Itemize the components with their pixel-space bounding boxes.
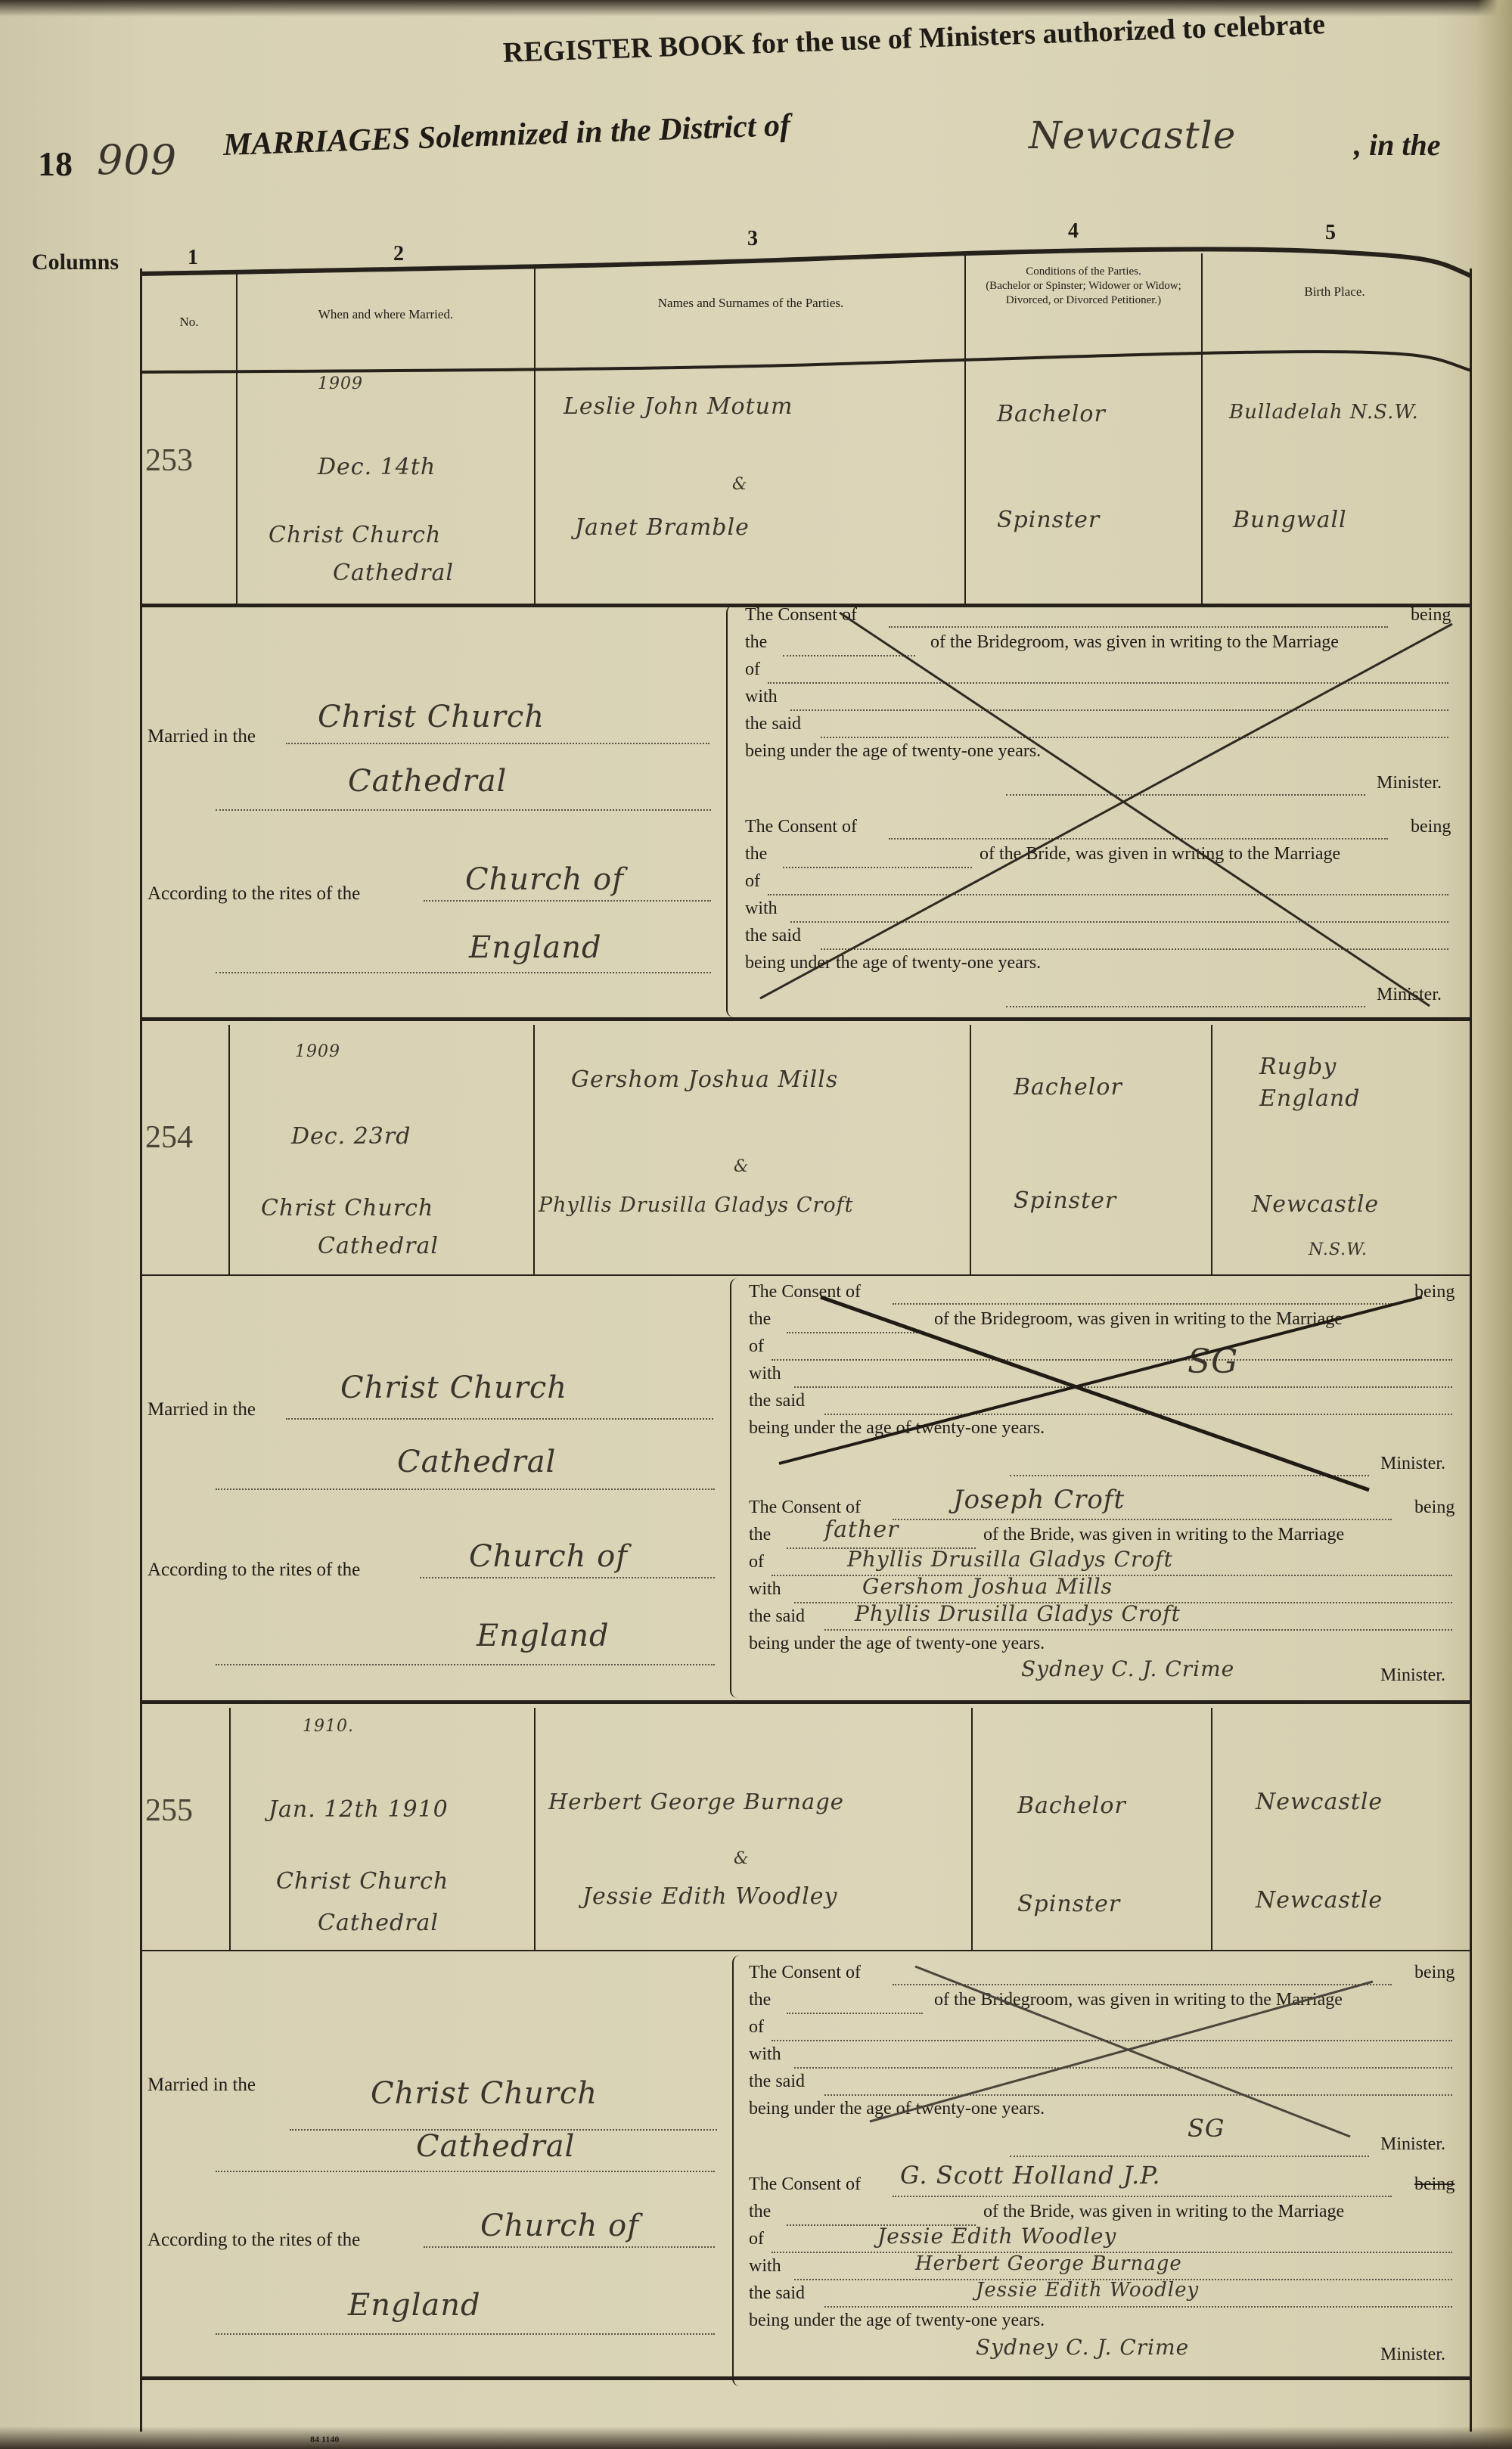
the-said-label: the said: [749, 1606, 805, 1627]
being-label: being: [1411, 817, 1451, 837]
under-age-label: being under the age of twenty-one years.: [749, 2099, 1045, 2119]
the-said-label: the said: [745, 926, 801, 946]
rites-value-line2: England: [477, 1619, 610, 1653]
entry-place-line2: Cathedral: [318, 1910, 439, 1936]
married-in-value-line1: Christ Church: [340, 1370, 567, 1405]
of-line: [772, 2040, 1452, 2041]
rites-line: [424, 2246, 715, 2248]
with-label: with: [749, 1579, 781, 1600]
entry-place-line1: Christ Church: [261, 1195, 433, 1221]
of-label: of: [745, 660, 760, 680]
rites-line2: [216, 1664, 715, 1665]
entry-divider: [140, 1274, 1470, 1276]
with-line: [790, 709, 1448, 711]
of-line: [768, 682, 1448, 684]
consent-of-line: [889, 626, 1388, 628]
entry-date: Jan. 12th 1910: [269, 1796, 449, 1823]
consent-brace: [732, 1955, 743, 2386]
married-in-value-line2: Cathedral: [348, 764, 507, 799]
rites-value-line1: Church of: [469, 1539, 628, 1574]
of-bridegroom-label: of the Bridegroom, was given in writing …: [934, 1990, 1343, 2010]
married-in-label: Married in the: [147, 726, 256, 747]
the-said-label: the said: [749, 2072, 805, 2092]
groom-condition: Bachelor: [1014, 1074, 1122, 1100]
entry-year: 1910.: [303, 1717, 354, 1736]
consent-of-line: [893, 1303, 1392, 1305]
column-number-4: 4: [1068, 219, 1079, 244]
under-age-label: being under the age of twenty-one years.: [745, 741, 1041, 762]
minister-line: [1006, 1006, 1365, 1007]
rites-label: According to the rites of the: [147, 2230, 360, 2251]
header-conditions-title: Conditions of the Parties.: [968, 265, 1199, 279]
with-line: [790, 921, 1448, 923]
of-value: Jessie Edith Woodley: [877, 2224, 1116, 2249]
consent-block: The Consent of being the of the Bridegro…: [745, 605, 1464, 1017]
of-label: of: [749, 1552, 764, 1572]
under-age-label: being under the age of twenty-one years.: [749, 1634, 1045, 1654]
the-label: the: [745, 844, 767, 864]
the-said-label: the said: [749, 1391, 805, 1411]
under-age-label: being under the age of twenty-one years.: [749, 1418, 1045, 1439]
col-divider-4: [1211, 1025, 1212, 1274]
with-label: with: [745, 899, 778, 919]
entry-number: 255: [145, 1793, 193, 1829]
consent-of-label: The Consent of: [749, 1963, 861, 1983]
groom-condition: Bachelor: [997, 401, 1106, 427]
minister-signature: Sydney C. J. Crime: [976, 2335, 1189, 2360]
of-label: of: [745, 871, 760, 892]
header-conditions-sub: (Bachelor or Spinster; Widower or Widow;…: [968, 279, 1199, 308]
col-divider-2: [534, 268, 536, 605]
being-label: being: [1414, 1282, 1455, 1302]
the-said-label: the said: [749, 2283, 805, 2304]
the-said-line: [821, 737, 1448, 738]
district-name: Newcastle: [1029, 113, 1236, 157]
the-said-label: the said: [745, 714, 801, 734]
bride-condition: Spinster: [997, 507, 1100, 533]
minister-label: Minister.: [1380, 1665, 1445, 1686]
groom-birthplace: Newcastle: [1256, 1789, 1383, 1815]
with-value: Gershom Joshua Mills: [862, 1574, 1113, 1599]
rites-label: According to the rites of the: [147, 1560, 360, 1581]
groom-birthplace: Bulladelah N.S.W.: [1229, 401, 1419, 424]
relation-line: [783, 867, 972, 868]
columns-label: Columns: [32, 250, 119, 275]
with-label: with: [749, 2044, 781, 2065]
col-divider-4: [1201, 253, 1203, 605]
consent-of-line: [893, 2196, 1392, 2197]
of-label: of: [749, 2017, 764, 2038]
consent-of-value: G. Scott Holland J.P.: [900, 2161, 1160, 2190]
consent-of-label: The Consent of: [749, 1282, 861, 1302]
bride-birthplace: Newcastle: [1256, 1887, 1383, 1914]
header-names: Names and Surnames of the Parties.: [537, 295, 964, 311]
relation-line: [783, 655, 915, 656]
of-bridegroom-label: of the Bridegroom, was given in writing …: [934, 1309, 1343, 1330]
and-symbol: &: [732, 475, 748, 494]
register-page: REGISTER BOOK for the use of Ministers a…: [0, 0, 1512, 2449]
entry-number: 253: [145, 442, 193, 479]
being-label: being: [1414, 1963, 1455, 1983]
entry-place-line2: Cathedral: [318, 1233, 439, 1259]
column-number-2: 2: [393, 242, 404, 266]
married-in-label: Married in the: [147, 2075, 256, 2096]
year-handwritten: 909: [97, 136, 177, 184]
rites-value-line2: England: [469, 930, 602, 965]
consent-of-line: [889, 838, 1388, 840]
with-line: [794, 2067, 1452, 2069]
of-label: of: [749, 2229, 764, 2249]
minister-label: Minister.: [1380, 2134, 1445, 2155]
in-the-label: , in the: [1354, 127, 1440, 163]
entry-divider: [140, 1950, 1470, 1951]
bride-name: Janet Bramble: [575, 514, 750, 541]
bride-birthplace: Bungwall: [1233, 507, 1347, 533]
table-bottom-border: [140, 2376, 1470, 2380]
minister-line: [1010, 2156, 1369, 2157]
the-said-line: [824, 1414, 1452, 1415]
married-in-label: Married in the: [147, 1399, 256, 1420]
column-number-1: 1: [188, 246, 198, 270]
minister-label: Minister.: [1377, 985, 1442, 1005]
year-printed: 18: [38, 144, 73, 184]
minister-label: Minister.: [1380, 2345, 1445, 2365]
bride-birthplace-sub: N.S.W.: [1309, 1240, 1368, 1259]
relation-value: father: [824, 1516, 899, 1543]
entry-bottom-border: [140, 1017, 1470, 1021]
consent-of-line: [893, 1519, 1392, 1520]
and-symbol: &: [734, 1849, 750, 1868]
with-label: with: [745, 687, 778, 707]
being-label: being: [1414, 2174, 1455, 2195]
col-divider-2: [533, 1025, 535, 1274]
married-in-line: [286, 1418, 713, 1420]
the-label: the: [749, 1990, 771, 2010]
minister-label: Minister.: [1380, 1454, 1445, 1474]
bride-name: Jessie Edith Woodley: [582, 1883, 838, 1910]
column-number-5: 5: [1325, 221, 1336, 245]
entry-place-line2: Cathedral: [333, 560, 454, 586]
header-when-where: When and where Married.: [238, 306, 533, 322]
col-divider-3: [964, 253, 966, 605]
married-in-value-line2: Cathedral: [397, 1445, 556, 1479]
rites-line: [424, 900, 711, 902]
the-label: the: [749, 1309, 771, 1330]
header-conditions: Conditions of the Parties. (Bachelor or …: [968, 265, 1199, 307]
of-line: [768, 894, 1448, 895]
form-code: 84 1140: [310, 2434, 339, 2445]
married-in-line2: [216, 809, 711, 811]
groom-birthplace: Rugby England: [1259, 1051, 1411, 1115]
of-bride-label: of the Bride, was given in writing to th…: [983, 1525, 1344, 1545]
rites-value-line1: Church of: [480, 2208, 639, 2243]
col-divider-1: [228, 1025, 230, 1274]
being-label: being: [1414, 1498, 1455, 1518]
col-divider-4: [1211, 1708, 1212, 1950]
married-in-value-line2: Cathedral: [416, 2129, 575, 2164]
entry-year: 1909: [318, 374, 363, 393]
marriages-title: MARRIAGES Solemnized in the District of: [222, 107, 791, 163]
entry-bottom-border: [140, 1700, 1470, 1704]
married-in-line2: [216, 1488, 715, 1490]
consent-brace: [726, 605, 737, 1017]
and-symbol: &: [734, 1157, 750, 1176]
consent-of-line: [893, 1984, 1392, 1985]
rites-label: According to the rites of the: [147, 883, 360, 905]
of-bride-label: of the Bride, was given in writing to th…: [980, 844, 1340, 864]
rites-line2: [216, 2333, 715, 2335]
col-divider-3: [970, 1025, 971, 1274]
married-in-line2: [216, 2171, 715, 2172]
of-line: [772, 1359, 1452, 1361]
the-said-line: [824, 2094, 1452, 2096]
married-in-line: [286, 743, 709, 744]
minister-line: [1010, 1475, 1369, 1476]
with-value: Herbert George Burnage: [915, 2252, 1182, 2275]
of-bridegroom-label: of the Bridegroom, was given in writing …: [930, 632, 1339, 653]
groom-consent-initials: SG: [1188, 2114, 1225, 2143]
header-birthplace: Birth Place.: [1204, 284, 1465, 300]
the-said-value: Phyllis Drusilla Gladys Croft: [855, 1601, 1181, 1626]
consent-of-value: Joseph Croft: [953, 1485, 1125, 1515]
being-label: being: [1411, 605, 1451, 625]
with-label: with: [749, 1364, 781, 1384]
col-divider-1: [229, 1708, 231, 1950]
the-said-line: [821, 948, 1448, 950]
minister-label: Minister.: [1377, 773, 1442, 793]
col-divider-2: [534, 1708, 536, 1950]
bride-condition: Spinster: [1014, 1187, 1116, 1214]
entry-number: 254: [145, 1119, 193, 1156]
bride-name: Phyllis Drusilla Gladys Croft: [539, 1193, 853, 1217]
entry-year: 1909: [295, 1042, 340, 1061]
rites-value-line1: Church of: [465, 862, 624, 897]
the-said-line: [824, 1629, 1452, 1631]
groom-name: Herbert George Burnage: [548, 1789, 844, 1814]
with-label: with: [749, 2256, 781, 2277]
the-said-value: Jessie Edith Woodley: [976, 2279, 1199, 2302]
of-bride-label: of the Bride, was given in writing to th…: [983, 2202, 1344, 2222]
of-value: Phyllis Drusilla Gladys Croft: [847, 1547, 1173, 1572]
consent-of-label: The Consent of: [749, 1498, 861, 1518]
header-no: No.: [142, 314, 236, 330]
entry-date: Dec. 14th: [318, 454, 436, 480]
of-label: of: [749, 1336, 764, 1357]
column-number-3: 3: [747, 227, 758, 251]
groom-consent-initials: SG: [1188, 1342, 1238, 1381]
consent-brace: [730, 1278, 740, 1698]
bride-birthplace: Newcastle: [1252, 1191, 1379, 1218]
under-age-label: being under the age of twenty-one years.: [745, 953, 1041, 973]
the-label: the: [745, 632, 767, 653]
under-age-label: being under the age of twenty-one years.: [749, 2311, 1045, 2331]
relation-line: [787, 1332, 923, 1333]
register-title: REGISTER BOOK for the use of Ministers a…: [502, 8, 1325, 70]
entry-place-line1: Christ Church: [276, 1868, 449, 1895]
rites-line: [420, 1577, 715, 1578]
consent-block: The Consent of being the of the Bridegro…: [749, 1282, 1467, 1694]
consent-of-label: The Consent of: [745, 817, 857, 837]
the-label: the: [749, 1525, 771, 1545]
rites-value-line2: England: [348, 2288, 481, 2323]
the-label: the: [749, 2202, 771, 2222]
minister-line: [1006, 794, 1365, 796]
married-in-value-line1: Christ Church: [318, 700, 545, 734]
relation-line: [787, 2013, 923, 2014]
groom-name: Gershom Joshua Mills: [571, 1066, 838, 1093]
groom-name: Leslie John Motum: [564, 393, 793, 420]
with-line: [794, 1386, 1452, 1388]
married-in-value-line1: Christ Church: [371, 2076, 598, 2111]
page-binding-edge: [1478, 0, 1512, 2449]
col-divider-3: [971, 1708, 973, 1950]
minister-signature: Sydney C. J. Crime: [1021, 1656, 1234, 1681]
entry-date: Dec. 23rd: [291, 1123, 411, 1150]
groom-condition: Bachelor: [1017, 1793, 1126, 1819]
the-said-line: [824, 2306, 1452, 2308]
rites-line2: [216, 972, 711, 973]
bride-condition: Spinster: [1017, 1891, 1120, 1917]
consent-of-label: The Consent of: [745, 605, 857, 625]
entry-place-line1: Christ Church: [269, 522, 441, 548]
col-divider-1: [236, 272, 238, 605]
consent-block: The Consent of being the of the Bridegro…: [749, 1963, 1467, 2386]
consent-of-label: The Consent of: [749, 2174, 861, 2195]
